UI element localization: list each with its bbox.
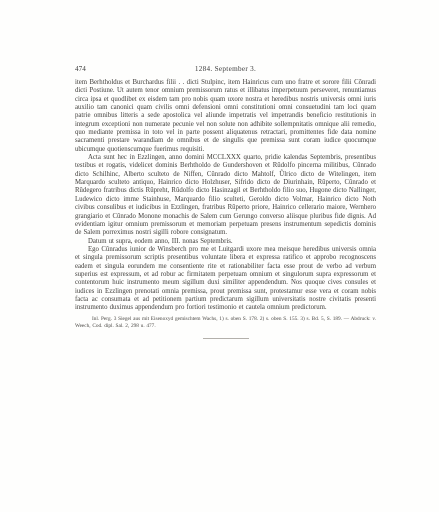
body-paragraph-ego: Ego Cûnradus iunior de Winsberch pro me … bbox=[75, 246, 376, 313]
book-page-scan: 474 1284. September 3. item Berhtholdus … bbox=[0, 0, 439, 512]
running-header: 474 1284. September 3. bbox=[75, 64, 376, 74]
section-end-rule bbox=[203, 338, 249, 339]
body-paragraph-datum: Datum ut supra, eodem anno, III. nonas S… bbox=[75, 238, 376, 246]
page-number: 474 bbox=[75, 64, 86, 74]
charter-text-block: item Berhtholdus et Burchardus filii . .… bbox=[75, 79, 376, 339]
footnote-apparatus: Inl. Perg. 3 Siegel aus mit Eisenoxyd ge… bbox=[75, 316, 376, 330]
body-paragraph-acta: Acta sunt hec in Ezzlingen, anno domini … bbox=[75, 154, 376, 237]
body-paragraph-continuation: item Berhtholdus et Burchardus filii . .… bbox=[75, 79, 376, 154]
running-header-date: 1284. September 3. bbox=[75, 64, 376, 74]
